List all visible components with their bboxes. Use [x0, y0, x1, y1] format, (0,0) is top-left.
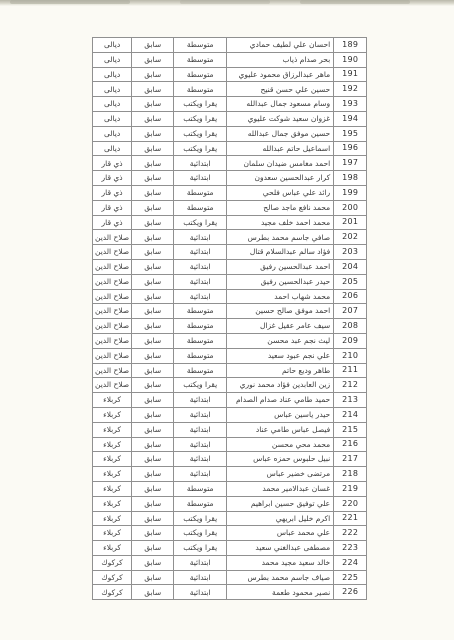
- status-cell: سابق: [132, 156, 174, 171]
- province-cell: ديالى: [93, 52, 132, 67]
- name-cell: ليث نجم عبد محسن: [227, 333, 334, 348]
- status-cell: سابق: [132, 422, 174, 437]
- name-cell: طاهر وديع حاتم: [227, 363, 334, 378]
- education-cell: يقرا ويكتب: [174, 511, 227, 526]
- status-cell: سابق: [132, 200, 174, 215]
- row-number-cell: 195: [334, 126, 367, 141]
- row-number-cell: 212: [334, 378, 367, 393]
- education-cell: ابتدائية: [174, 156, 227, 171]
- education-cell: متوسطة: [174, 319, 227, 334]
- table-row: 207احمد موفق صالح حسينمتوسطةسابقصلاح الد…: [93, 304, 367, 319]
- education-cell: ابتدائية: [174, 452, 227, 467]
- row-number-cell: 205: [334, 274, 367, 289]
- table-row: 197احمد مغامس ضيدان سلمانابتدائيةسابقذي …: [93, 156, 367, 171]
- status-cell: سابق: [132, 348, 174, 363]
- status-cell: سابق: [132, 230, 174, 245]
- province-cell: صلاح الدين: [93, 378, 132, 393]
- status-cell: سابق: [132, 82, 174, 97]
- education-cell: يقرا ويكتب: [174, 378, 227, 393]
- table-row: 189احسان علي لطيف حماديمتوسطةسابقديالى: [93, 38, 367, 53]
- table-row: 212زين العابدين فؤاد محمد نورييقرا ويكتب…: [93, 378, 367, 393]
- status-cell: سابق: [132, 333, 174, 348]
- status-cell: سابق: [132, 171, 174, 186]
- name-cell: حسين علي حسن قنيح: [227, 82, 334, 97]
- row-number-cell: 192: [334, 82, 367, 97]
- name-cell: علي توفيق حسين ابراهيم: [227, 496, 334, 511]
- records-table: 189احسان علي لطيف حماديمتوسطةسابقديالى19…: [92, 37, 367, 600]
- name-cell: كرار عبدالحسين سعدون: [227, 171, 334, 186]
- education-cell: ابتدائية: [174, 274, 227, 289]
- province-cell: ديالى: [93, 38, 132, 53]
- row-number-cell: 218: [334, 467, 367, 482]
- row-number-cell: 207: [334, 304, 367, 319]
- table-row: 211طاهر وديع حاتممتوسطةسابقصلاح الدين: [93, 363, 367, 378]
- table-row: 214حيدر ياسين عباسابتدائيةسابقكربلاء: [93, 407, 367, 422]
- province-cell: كربلاء: [93, 526, 132, 541]
- row-number-cell: 211: [334, 363, 367, 378]
- education-cell: متوسطة: [174, 304, 227, 319]
- roster-table-container: 189احسان علي لطيف حماديمتوسطةسابقديالى19…: [92, 37, 367, 600]
- row-number-cell: 194: [334, 111, 367, 126]
- province-cell: ذي قار: [93, 215, 132, 230]
- education-cell: ابتدائية: [174, 171, 227, 186]
- province-cell: ذي قار: [93, 200, 132, 215]
- status-cell: سابق: [132, 111, 174, 126]
- province-cell: صلاح الدين: [93, 304, 132, 319]
- table-row: 225صياف جاسم محمد بطرسابتدائيةسابقكركوك: [93, 570, 367, 585]
- province-cell: كربلاء: [93, 437, 132, 452]
- province-cell: ديالى: [93, 97, 132, 112]
- name-cell: فيصل عباس طامي عناد: [227, 422, 334, 437]
- province-cell: ديالى: [93, 126, 132, 141]
- table-row: 209ليث نجم عبد محسنمتوسطةسابقصلاح الدين: [93, 333, 367, 348]
- province-cell: صلاح الدين: [93, 348, 132, 363]
- table-row: 216محمد محي محسنابتدائيةسابقكربلاء: [93, 437, 367, 452]
- roster-table-body: 189احسان علي لطيف حماديمتوسطةسابقديالى19…: [93, 38, 367, 600]
- education-cell: يقرا ويكتب: [174, 526, 227, 541]
- row-number-cell: 220: [334, 496, 367, 511]
- education-cell: متوسطة: [174, 496, 227, 511]
- status-cell: سابق: [132, 467, 174, 482]
- name-cell: رائد علي عباس فلحي: [227, 185, 334, 200]
- name-cell: زين العابدين فؤاد محمد نوري: [227, 378, 334, 393]
- education-cell: ابتدائية: [174, 422, 227, 437]
- row-number-cell: 196: [334, 141, 367, 156]
- status-cell: سابق: [132, 215, 174, 230]
- education-cell: متوسطة: [174, 481, 227, 496]
- table-row: 193وسام مسعود جمال عبداللهيقرا ويكتبسابق…: [93, 97, 367, 112]
- name-cell: علي نجم عبود سعيد: [227, 348, 334, 363]
- table-row: 202صافي جاسم محمد بطرسابتدائيةسابقصلاح ا…: [93, 230, 367, 245]
- province-cell: كركوك: [93, 555, 132, 570]
- name-cell: حميد طامي عناد صدام الصدام: [227, 393, 334, 408]
- status-cell: سابق: [132, 496, 174, 511]
- row-number-cell: 219: [334, 481, 367, 496]
- name-cell: غسان عبدالامير محمد: [227, 481, 334, 496]
- status-cell: سابق: [132, 319, 174, 334]
- education-cell: ابتدائية: [174, 245, 227, 260]
- status-cell: سابق: [132, 407, 174, 422]
- row-number-cell: 208: [334, 319, 367, 334]
- education-cell: يقرا ويكتب: [174, 141, 227, 156]
- name-cell: سيف عامر عقيل غزال: [227, 319, 334, 334]
- table-row: 200محمد نافع ماجد صالحمتوسطةسابقذي قار: [93, 200, 367, 215]
- province-cell: كربلاء: [93, 481, 132, 496]
- education-cell: ابتدائية: [174, 467, 227, 482]
- table-row: 198كرار عبدالحسين سعدونابتدائيةسابقذي قا…: [93, 171, 367, 186]
- education-cell: متوسطة: [174, 52, 227, 67]
- education-cell: ابتدائية: [174, 230, 227, 245]
- row-number-cell: 213: [334, 393, 367, 408]
- province-cell: صلاح الدين: [93, 274, 132, 289]
- name-cell: غزوان سعيد شوكت عليوي: [227, 111, 334, 126]
- row-number-cell: 214: [334, 407, 367, 422]
- table-row: 222علي محمد عباسيقرا ويكتبسابقكربلاء: [93, 526, 367, 541]
- table-row: 196اسماعيل حاتم عبداللهيقرا ويكتبسابقديا…: [93, 141, 367, 156]
- status-cell: سابق: [132, 259, 174, 274]
- table-row: 206محمد شهاب احمدابتدائيةسابقصلاح الدين: [93, 289, 367, 304]
- table-row: 199رائد علي عباس فلحيمتوسطةسابقذي قار: [93, 185, 367, 200]
- education-cell: يقرا ويكتب: [174, 215, 227, 230]
- table-row: 220علي توفيق حسين ابراهيممتوسطةسابقكربلا…: [93, 496, 367, 511]
- status-cell: سابق: [132, 555, 174, 570]
- province-cell: ذي قار: [93, 185, 132, 200]
- row-number-cell: 203: [334, 245, 367, 260]
- row-number-cell: 209: [334, 333, 367, 348]
- table-row: 190بحر صدام ذيابمتوسطةسابقديالى: [93, 52, 367, 67]
- province-cell: صلاح الدين: [93, 363, 132, 378]
- table-row: 221اكرم خليل ابريهييقرا ويكتبسابقكربلاء: [93, 511, 367, 526]
- province-cell: كركوك: [93, 585, 132, 600]
- name-cell: محمد محي محسن: [227, 437, 334, 452]
- status-cell: سابق: [132, 363, 174, 378]
- name-cell: خالد سعيد مجيد محمد: [227, 555, 334, 570]
- education-cell: ابتدائية: [174, 437, 227, 452]
- education-cell: ابتدائية: [174, 570, 227, 585]
- table-row: 203فؤاد سالم عبدالسلام قتالابتدائيةسابقص…: [93, 245, 367, 260]
- row-number-cell: 223: [334, 541, 367, 556]
- province-cell: ديالى: [93, 141, 132, 156]
- province-cell: ديالى: [93, 82, 132, 97]
- row-number-cell: 199: [334, 185, 367, 200]
- name-cell: احمد عبدالحسين رفيق: [227, 259, 334, 274]
- education-cell: متوسطة: [174, 185, 227, 200]
- education-cell: ابتدائية: [174, 555, 227, 570]
- status-cell: سابق: [132, 67, 174, 82]
- row-number-cell: 201: [334, 215, 367, 230]
- province-cell: كربلاء: [93, 407, 132, 422]
- province-cell: ذي قار: [93, 171, 132, 186]
- row-number-cell: 206: [334, 289, 367, 304]
- table-row: 201محمد احمد خلف مجيديقرا ويكتبسابقذي قا…: [93, 215, 367, 230]
- table-row: 191ماهر عبدالرزاق محمود عليويمتوسطةسابقد…: [93, 67, 367, 82]
- row-number-cell: 191: [334, 67, 367, 82]
- status-cell: سابق: [132, 585, 174, 600]
- education-cell: يقرا ويكتب: [174, 111, 227, 126]
- name-cell: صافي جاسم محمد بطرس: [227, 230, 334, 245]
- education-cell: متوسطة: [174, 38, 227, 53]
- province-cell: كركوك: [93, 570, 132, 585]
- education-cell: يقرا ويكتب: [174, 541, 227, 556]
- status-cell: سابق: [132, 141, 174, 156]
- education-cell: ابتدائية: [174, 289, 227, 304]
- name-cell: احسان علي لطيف حمادي: [227, 38, 334, 53]
- status-cell: سابق: [132, 437, 174, 452]
- education-cell: ابتدائية: [174, 393, 227, 408]
- name-cell: نصير محمود طعمة: [227, 585, 334, 600]
- status-cell: سابق: [132, 393, 174, 408]
- table-row: 226نصير محمود طعمةابتدائيةسابقكركوك: [93, 585, 367, 600]
- status-cell: سابق: [132, 378, 174, 393]
- province-cell: صلاح الدين: [93, 230, 132, 245]
- name-cell: محمد شهاب احمد: [227, 289, 334, 304]
- row-number-cell: 225: [334, 570, 367, 585]
- status-cell: سابق: [132, 274, 174, 289]
- table-row: 219غسان عبدالامير محمدمتوسطةسابقكربلاء: [93, 481, 367, 496]
- name-cell: حيدر عبدالحسين رفيق: [227, 274, 334, 289]
- name-cell: صياف جاسم محمد بطرس: [227, 570, 334, 585]
- row-number-cell: 200: [334, 200, 367, 215]
- table-row: 217نبيل حلبوس حمزه عباسابتدائيةسابقكربلا…: [93, 452, 367, 467]
- name-cell: علي محمد عباس: [227, 526, 334, 541]
- name-cell: اسماعيل حاتم عبدالله: [227, 141, 334, 156]
- row-number-cell: 198: [334, 171, 367, 186]
- status-cell: سابق: [132, 452, 174, 467]
- name-cell: حسين موفق جمال عبدالله: [227, 126, 334, 141]
- education-cell: متوسطة: [174, 82, 227, 97]
- table-row: 204احمد عبدالحسين رفيقابتدائيةسابقصلاح ا…: [93, 259, 367, 274]
- row-number-cell: 224: [334, 555, 367, 570]
- name-cell: وسام مسعود جمال عبدالله: [227, 97, 334, 112]
- education-cell: متوسطة: [174, 363, 227, 378]
- province-cell: صلاح الدين: [93, 319, 132, 334]
- row-number-cell: 197: [334, 156, 367, 171]
- row-number-cell: 190: [334, 52, 367, 67]
- row-number-cell: 222: [334, 526, 367, 541]
- status-cell: سابق: [132, 526, 174, 541]
- province-cell: ديالى: [93, 67, 132, 82]
- row-number-cell: 215: [334, 422, 367, 437]
- status-cell: سابق: [132, 185, 174, 200]
- education-cell: ابتدائية: [174, 259, 227, 274]
- education-cell: يقرا ويكتب: [174, 126, 227, 141]
- status-cell: سابق: [132, 511, 174, 526]
- row-number-cell: 189: [334, 38, 367, 53]
- name-cell: نبيل حلبوس حمزه عباس: [227, 452, 334, 467]
- education-cell: ابتدائية: [174, 407, 227, 422]
- name-cell: مصطفى عبدالغني سعيد: [227, 541, 334, 556]
- table-row: 210علي نجم عبود سعيدمتوسطةسابقصلاح الدين: [93, 348, 367, 363]
- status-cell: سابق: [132, 38, 174, 53]
- status-cell: سابق: [132, 481, 174, 496]
- status-cell: سابق: [132, 304, 174, 319]
- province-cell: كربلاء: [93, 511, 132, 526]
- name-cell: اكرم خليل ابريهي: [227, 511, 334, 526]
- row-number-cell: 217: [334, 452, 367, 467]
- table-row: 208سيف عامر عقيل غزالمتوسطةسابقصلاح الدي…: [93, 319, 367, 334]
- education-cell: متوسطة: [174, 200, 227, 215]
- table-row: 213حميد طامي عناد صدام الصدامابتدائيةساب…: [93, 393, 367, 408]
- province-cell: كربلاء: [93, 452, 132, 467]
- name-cell: محمد نافع ماجد صالح: [227, 200, 334, 215]
- province-cell: صلاح الدين: [93, 333, 132, 348]
- row-number-cell: 204: [334, 259, 367, 274]
- row-number-cell: 193: [334, 97, 367, 112]
- name-cell: بحر صدام ذياب: [227, 52, 334, 67]
- row-number-cell: 221: [334, 511, 367, 526]
- row-number-cell: 216: [334, 437, 367, 452]
- name-cell: احمد مغامس ضيدان سلمان: [227, 156, 334, 171]
- status-cell: سابق: [132, 289, 174, 304]
- row-number-cell: 202: [334, 230, 367, 245]
- education-cell: متوسطة: [174, 67, 227, 82]
- province-cell: كربلاء: [93, 393, 132, 408]
- status-cell: سابق: [132, 52, 174, 67]
- province-cell: كربلاء: [93, 496, 132, 511]
- province-cell: كربلاء: [93, 541, 132, 556]
- status-cell: سابق: [132, 97, 174, 112]
- name-cell: حيدر ياسين عباس: [227, 407, 334, 422]
- table-row: 192حسين علي حسن قنيحمتوسطةسابقديالى: [93, 82, 367, 97]
- education-cell: يقرا ويكتب: [174, 97, 227, 112]
- name-cell: ماهر عبدالرزاق محمود عليوي: [227, 67, 334, 82]
- province-cell: صلاح الدين: [93, 289, 132, 304]
- province-cell: صلاح الدين: [93, 245, 132, 260]
- name-cell: مرتضى خضير عباس: [227, 467, 334, 482]
- status-cell: سابق: [132, 570, 174, 585]
- name-cell: محمد احمد خلف مجيد: [227, 215, 334, 230]
- province-cell: ذي قار: [93, 156, 132, 171]
- status-cell: سابق: [132, 541, 174, 556]
- status-cell: سابق: [132, 126, 174, 141]
- province-cell: كربلاء: [93, 467, 132, 482]
- row-number-cell: 226: [334, 585, 367, 600]
- table-row: 218مرتضى خضير عباسابتدائيةسابقكربلاء: [93, 467, 367, 482]
- province-cell: ديالى: [93, 111, 132, 126]
- education-cell: متوسطة: [174, 333, 227, 348]
- status-cell: سابق: [132, 245, 174, 260]
- table-row: 205حيدر عبدالحسين رفيقابتدائيةسابقصلاح ا…: [93, 274, 367, 289]
- table-row: 194غزوان سعيد شوكت عليوييقرا ويكتبسابقدي…: [93, 111, 367, 126]
- scan-edge-artifact: [0, 0, 454, 6]
- row-number-cell: 210: [334, 348, 367, 363]
- education-cell: ابتدائية: [174, 585, 227, 600]
- table-row: 215فيصل عباس طامي عنادابتدائيةسابقكربلاء: [93, 422, 367, 437]
- province-cell: كربلاء: [93, 422, 132, 437]
- table-row: 224خالد سعيد مجيد محمدابتدائيةسابقكركوك: [93, 555, 367, 570]
- name-cell: فؤاد سالم عبدالسلام قتال: [227, 245, 334, 260]
- table-row: 223مصطفى عبدالغني سعيديقرا ويكتبسابقكربل…: [93, 541, 367, 556]
- education-cell: متوسطة: [174, 348, 227, 363]
- province-cell: صلاح الدين: [93, 259, 132, 274]
- table-row: 195حسين موفق جمال عبداللهيقرا ويكتبسابقد…: [93, 126, 367, 141]
- name-cell: احمد موفق صالح حسين: [227, 304, 334, 319]
